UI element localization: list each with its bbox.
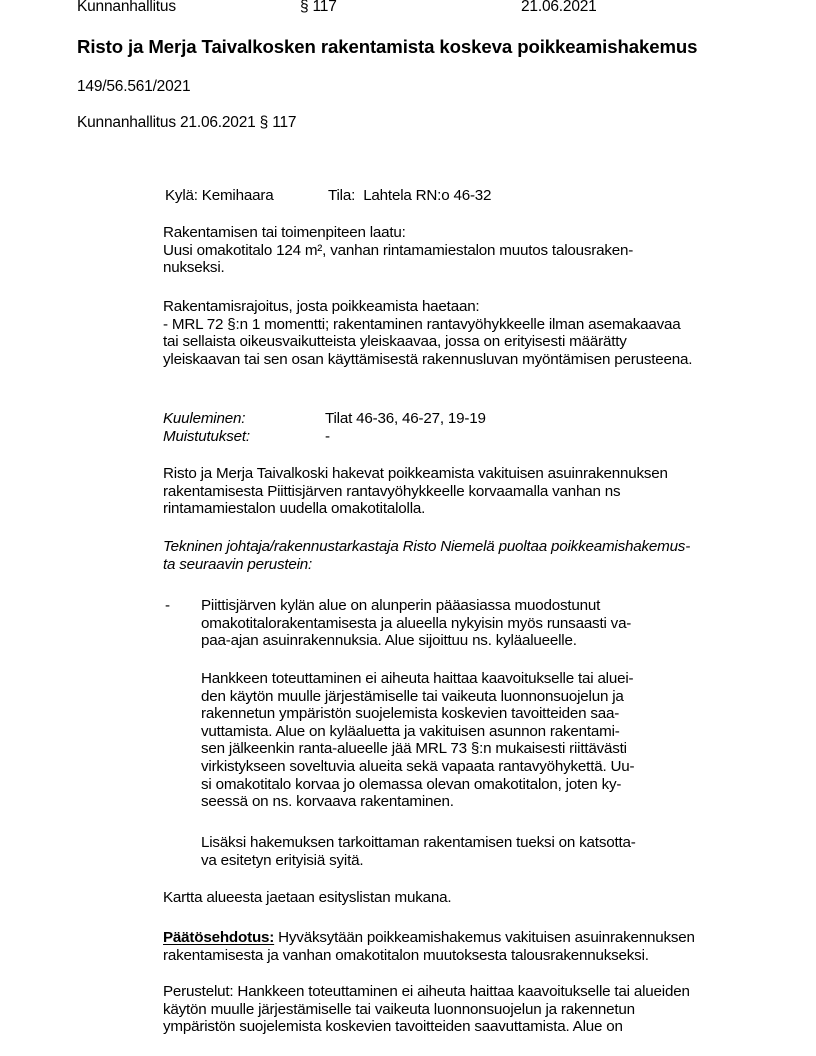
paragraph-line: rakennetun ympäristön suojelemista koske… <box>201 705 816 723</box>
application-paragraph: Risto ja Merja Taivalkoski hakevat poikk… <box>163 465 783 518</box>
paragraph-line: va esitetyn erityisiä syitä. <box>201 852 816 870</box>
diary-number: 149/56.561/2021 <box>77 78 190 96</box>
bullet-paragraph-1: Piittisjärven kylän alue on alunperin pä… <box>201 597 816 650</box>
paragraph-line: paa-ajan asuinrakennuksia. Alue sijoittu… <box>201 632 816 650</box>
paragraph-line: Hankkeen toteuttaminen ei aiheuta haitta… <box>201 670 816 688</box>
paragraph-line: Perustelut: Hankkeen toteuttaminen ei ai… <box>163 983 783 1001</box>
header-section: § 117 <box>300 0 337 16</box>
paragraph-line: Risto ja Merja Taivalkoski hakevat poikk… <box>163 465 783 483</box>
paragraph-line: ta seuraavin perustein: <box>163 556 783 574</box>
remarks-value: - <box>325 428 330 445</box>
paragraph-line: omakotitalorakentamisesta ja alueella ny… <box>201 615 816 633</box>
remarks-label: Muistutukset: <box>163 428 325 446</box>
paragraph-line: den käytön muulle järjestämiselle tai va… <box>201 688 816 706</box>
estate-label: Tila: <box>328 187 355 204</box>
restriction-line: tai sellaista oikeusvaikutteista yleiska… <box>163 333 783 351</box>
paragraph-line: rintamamiestalon uudella omakotitalolla. <box>163 500 783 518</box>
decision-proposal: Päätösehdotus: Hyväksytään poikkeamishak… <box>163 929 783 964</box>
estate: Tila: Lahtela RN:o 46-32 <box>328 187 491 204</box>
village-value: Kemihaara <box>202 187 274 204</box>
paragraph-line: rakentamisesta Piittisjärven rantavyöhyk… <box>163 483 783 501</box>
village-label: Kylä: <box>165 187 198 204</box>
construction-type-heading: Rakentamisen tai toimenpiteen laatu: <box>163 224 783 242</box>
restriction-line: yleiskaavan tai sen osan käyttämisestä r… <box>163 351 783 369</box>
bullet-paragraph-2: Hankkeen toteuttaminen ei aiheuta haitta… <box>201 670 816 811</box>
paragraph-line: virkistykseen soveltuvia alueita sekä va… <box>201 758 816 776</box>
paragraph-line: Tekninen johtaja/rakennustarkastaja Rist… <box>163 538 783 556</box>
justification-paragraph: Perustelut: Hankkeen toteuttaminen ei ai… <box>163 983 783 1036</box>
proposal-text: Hyväksytään poikkeamishakemus vakituisen… <box>274 929 695 946</box>
recommendation-intro: Tekninen johtaja/rakennustarkastaja Rist… <box>163 538 783 573</box>
map-note: Kartta alueesta jaetaan esityslistan muk… <box>163 889 783 907</box>
estate-value: Lahtela RN:o 46-32 <box>363 187 491 204</box>
restriction-line: - MRL 72 §:n 1 momentti; rakentaminen ra… <box>163 316 783 334</box>
hearing-label: Kuuleminen: <box>163 410 325 428</box>
village: Kylä: Kemihaara <box>165 187 273 204</box>
meeting-reference: Kunnanhallitus 21.06.2021 § 117 <box>77 114 296 132</box>
restriction-heading: Rakentamisrajoitus, josta poikkeamista h… <box>163 298 783 316</box>
paragraph-line: seessä on ns. korvaava rakentaminen. <box>201 793 816 811</box>
document-title: Risto ja Merja Taivalkosken rakentamista… <box>77 36 697 58</box>
paragraph-line: Lisäksi hakemuksen tarkoittaman rakentam… <box>201 834 816 852</box>
header-body: Kunnanhallitus <box>77 0 176 16</box>
paragraph-line: vuttamista. Alue on kyläaluetta ja vakit… <box>201 723 816 741</box>
bullet-dash: - <box>165 597 170 614</box>
hearing-section: Kuuleminen:Tilat 46-36, 46-27, 19-19 Mui… <box>163 410 783 445</box>
proposal-label: Päätösehdotus: <box>163 929 274 946</box>
hearing-value: Tilat 46-36, 46-27, 19-19 <box>325 410 486 427</box>
construction-type-line: Uusi omakotitalo 124 m², vanhan rintamam… <box>163 242 783 260</box>
header-date: 21.06.2021 <box>521 0 597 16</box>
paragraph-line: käytön muulle järjestämiselle tai vaikeu… <box>163 1001 783 1019</box>
construction-type-line: nukseksi. <box>163 259 783 277</box>
bullet-paragraph-3: Lisäksi hakemuksen tarkoittaman rakentam… <box>201 834 816 869</box>
paragraph-line: Piittisjärven kylän alue on alunperin pä… <box>201 597 816 615</box>
restriction-section: Rakentamisrajoitus, josta poikkeamista h… <box>163 298 783 368</box>
proposal-text-cont: rakentamisesta ja vanhan omakotitalon mu… <box>163 947 783 965</box>
paragraph-line: ympäristön suojelemista koskevien tavoit… <box>163 1018 783 1036</box>
paragraph-line: Kartta alueesta jaetaan esityslistan muk… <box>163 889 783 907</box>
construction-type-section: Rakentamisen tai toimenpiteen laatu: Uus… <box>163 224 783 277</box>
paragraph-line: sen jälkeenkin ranta-alueelle jää MRL 73… <box>201 740 816 758</box>
paragraph-line: si omakotitalo korvaa jo olemassa olevan… <box>201 776 816 794</box>
